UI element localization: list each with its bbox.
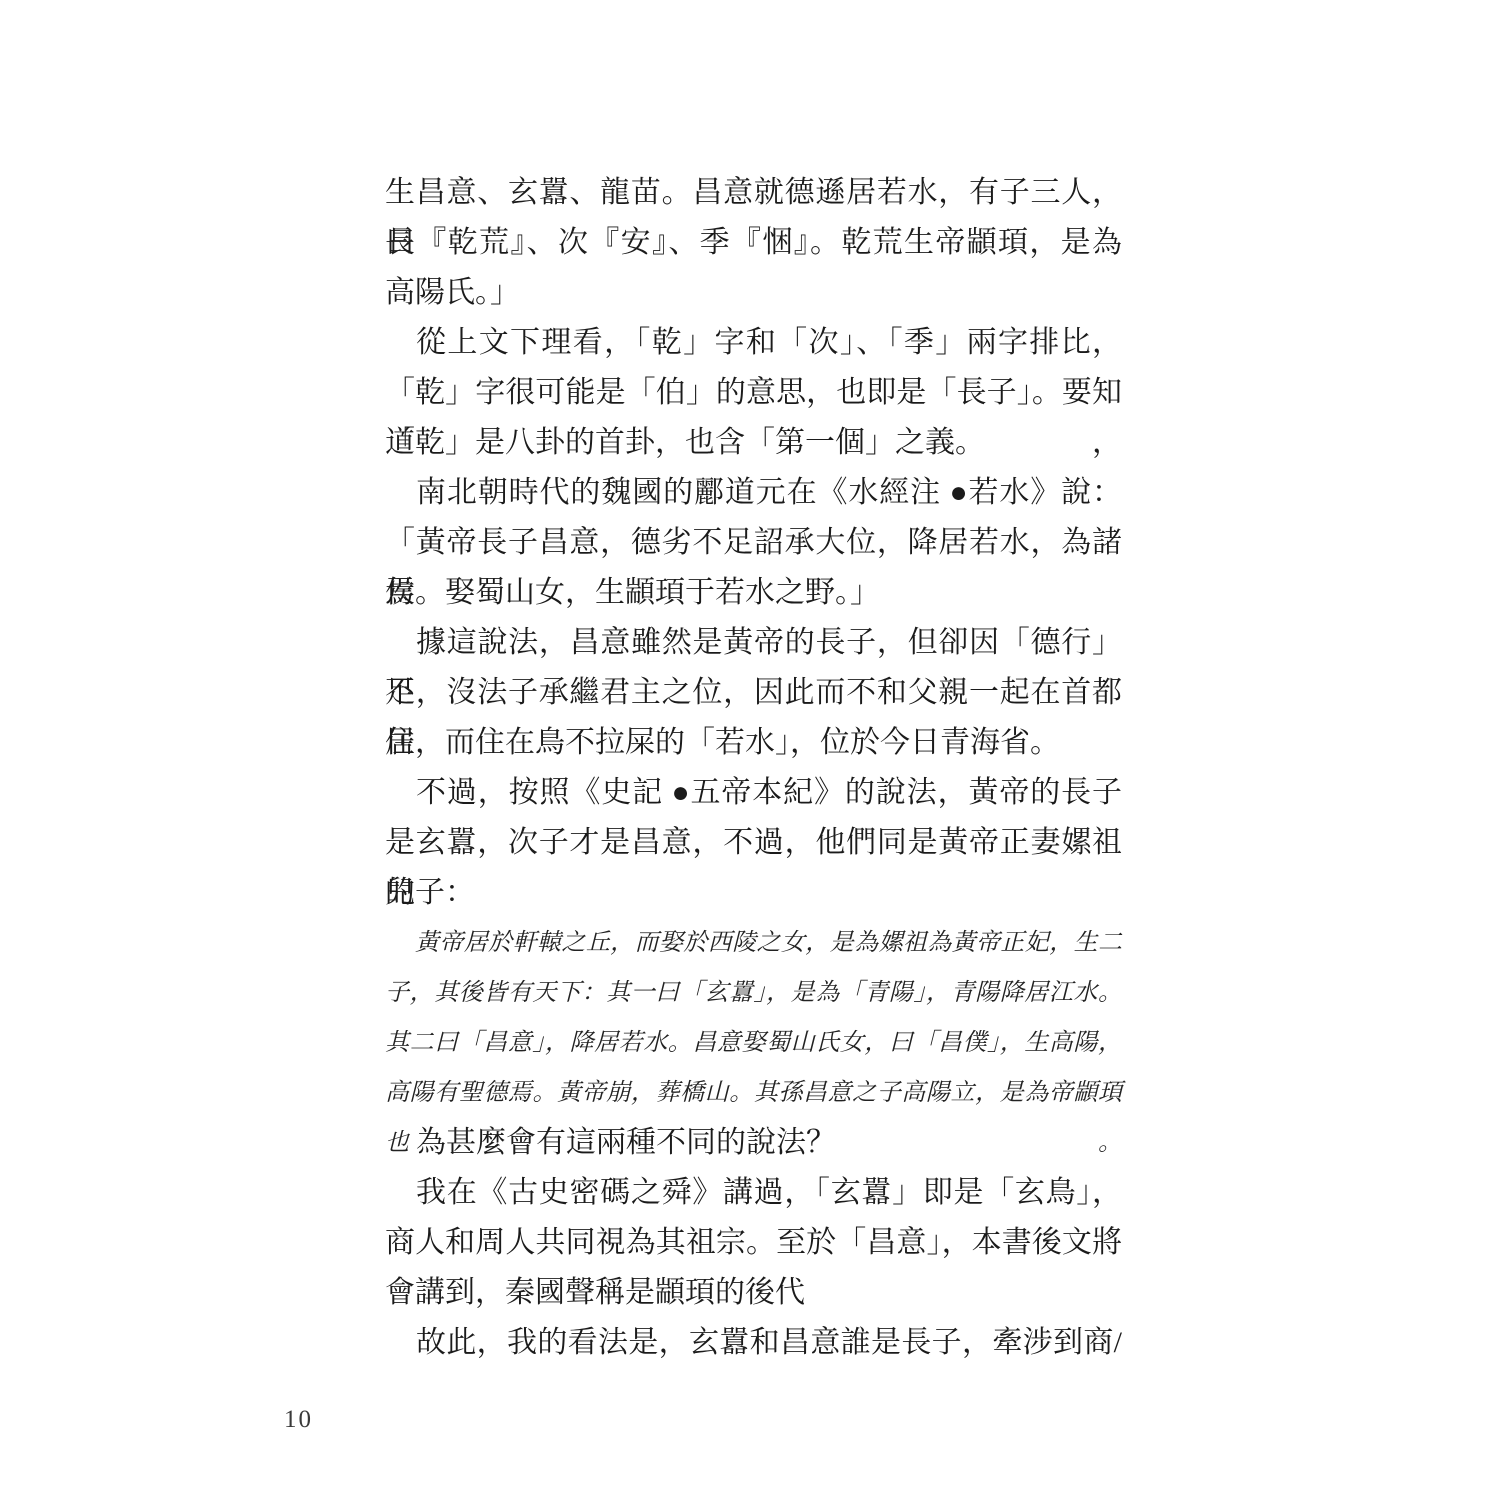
text-line: 焉。娶蜀山女，生顓頊于若水之野。」 <box>385 568 1122 618</box>
text-line: 從上文下理看，「乾」字和「次」、「季」兩字排比， <box>385 318 1122 368</box>
text-line: 故此，我的看法是，玄囂和昌意誰是長子，牽涉到商/ <box>385 1318 1122 1368</box>
text-line: 「乾」字很可能是「伯」的意思，也即是「長子」。要知道， <box>385 368 1122 418</box>
text-line: 黃帝居於軒轅之丘，而娶於西陵之女，是為嫘祖為黃帝正妃，生二 <box>385 918 1122 968</box>
text-line: 住，而住在鳥不拉屎的「若水」，位於今日青海省。 <box>385 718 1122 768</box>
text-line: 曰『乾荒』、次『安』、季『悃』。乾荒生帝顓頊，是為 <box>385 218 1122 268</box>
text-line: 南北朝時代的魏國的酈道元在《水經注 ●若水》說： <box>385 468 1122 518</box>
text-line: 會講到，秦國聲稱是顓頊的後代 <box>385 1268 1122 1318</box>
text-line: 據這說法，昌意雖然是黃帝的長子，但卻因「德行」不 <box>385 618 1122 668</box>
text-line: 高陽有聖德焉。黃帝崩，葬橋山。其孫昌意之子高陽立，是為帝顓頊也。 <box>385 1068 1122 1118</box>
text-line: 高陽氏。」 <box>385 268 1122 318</box>
page-number: 10 <box>284 1400 313 1440</box>
text-block: 生昌意、玄囂、龍苗。昌意就德遜居若水，有子三人，長曰『乾荒』、次『安』、季『悃』… <box>385 168 1122 1368</box>
text-line: 足，沒法子承繼君主之位，因此而不和父親一起在首都居 <box>385 668 1122 718</box>
text-line: 是玄囂，次子才是昌意，不過，他們同是黃帝正妻嫘祖的 <box>385 818 1122 868</box>
book-page: 生昌意、玄囂、龍苗。昌意就德遜居若水，有子三人，長曰『乾荒』、次『安』、季『悃』… <box>0 0 1500 1500</box>
text-line: 商人和周人共同視為其祖宗。至於「昌意」，本書後文將 <box>385 1218 1122 1268</box>
text-line: 「黃帝長子昌意，德劣不足詔承大位，降居若水，為諸侯 <box>385 518 1122 568</box>
text-line: 兒子： <box>385 868 1122 918</box>
text-line: 子，其後皆有天下：其一曰「玄囂」，是為「青陽」，青陽降居江水。 <box>385 968 1122 1018</box>
text-line: 不過，按照《史記 ●五帝本紀》的說法，黃帝的長子 <box>385 768 1122 818</box>
text-line: 我在《古史密碼之舜》講過，「玄囂」即是「玄鳥」， <box>385 1168 1122 1218</box>
text-line: 生昌意、玄囂、龍苗。昌意就德遜居若水，有子三人，長 <box>385 168 1122 218</box>
text-line: 其二曰「昌意」，降居若水。昌意娶蜀山氏女，曰「昌僕」，生高陽， <box>385 1018 1122 1068</box>
